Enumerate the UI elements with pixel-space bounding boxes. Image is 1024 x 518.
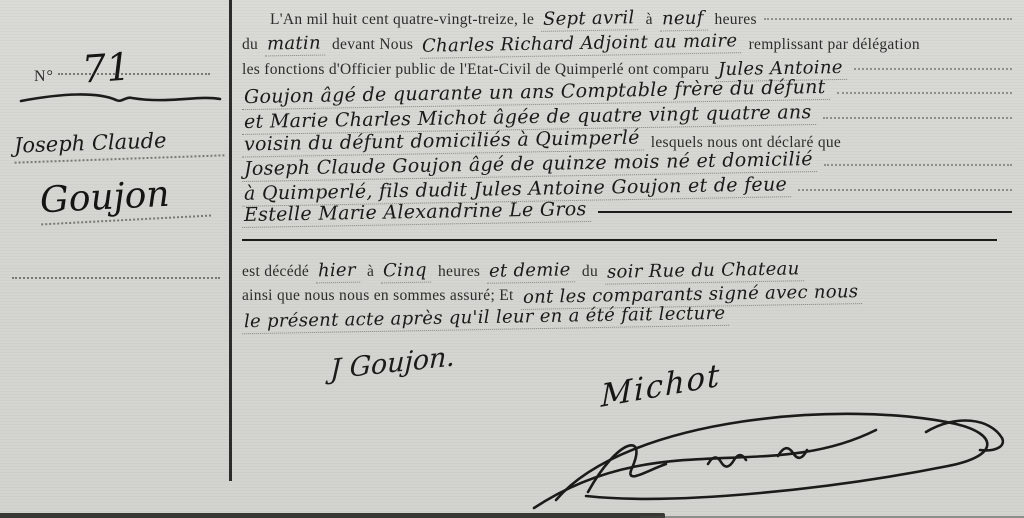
act-line-1: L'An mil huit cent quatre-vingt-treize, … (242, 8, 1012, 31)
printed-text: devant Nous (332, 36, 413, 54)
dotted-filler (837, 91, 1012, 94)
act-line-3: les fonctions d'Officier public de l'Eta… (242, 58, 1012, 81)
printed-text: remplissant par délégation (749, 36, 920, 54)
printed-text: heures (715, 11, 757, 29)
act-line-7: Joseph Claude Goujon âgé de quinze mois … (242, 153, 1012, 177)
dotted-filler (798, 188, 1012, 191)
handwritten-date: Sept avril (541, 7, 639, 32)
printed-text: ainsi que nous nous en sommes assuré; Et (242, 287, 514, 305)
printed-text: à (646, 11, 653, 29)
printed-text: du (242, 36, 258, 54)
handwritten-mother-name: Estelle Marie Alexandrine Le Gros (242, 198, 591, 228)
margin-flourish-stroke (18, 88, 223, 110)
margin-divider-rule (229, 0, 232, 481)
printed-text: à (367, 263, 374, 281)
dotted-filler (764, 17, 1012, 20)
printed-text: du (582, 263, 598, 281)
handwritten-text: et demie (487, 259, 575, 284)
act-line-2: du matin devant Nous Charles Richard Adj… (242, 33, 1012, 56)
act-line-8: à Quimperlé, fils dudit Jules Antoine Go… (242, 178, 1012, 202)
printed-text: les fonctions d'Officier public de l'Eta… (242, 61, 709, 79)
closing-rule (598, 210, 1012, 213)
deceased-name-line2: Goujon (39, 172, 211, 226)
scan-edge-shadow (0, 513, 665, 518)
handwritten-officer-name: Charles Richard Adjoint au maire (420, 30, 742, 59)
handwritten-death-hour: Cinq (381, 260, 431, 284)
handwritten-death-place: soir Rue du Chateau (605, 258, 804, 284)
handwritten-hour: neuf (660, 8, 708, 32)
death-certificate-scan: N° 71 Joseph Claude Goujon L'An mil huit… (0, 0, 1024, 518)
act-number-row: N° 71 (34, 46, 214, 90)
closing-rule-full (242, 238, 997, 241)
handwritten-death-day: hier (316, 260, 360, 284)
act-line-9: Estelle Marie Alexandrine Le Gros (242, 201, 1012, 225)
act-number-dotted-line (58, 72, 210, 75)
printed-text: heures (438, 263, 480, 281)
handwritten-text: le présent acte après qu'il leur en a ét… (242, 303, 730, 335)
printed-text: L'An mil huit cent quatre-vingt-treize, … (270, 11, 534, 29)
act-line-13: le présent acte après qu'il leur en a ét… (242, 307, 1012, 330)
act-line-4: Goujon âgé de quarante un ans Comptable … (242, 81, 1012, 105)
dotted-filler (824, 163, 1012, 166)
act-number-value: 71 (80, 44, 131, 91)
handwritten-text: matin (265, 32, 325, 56)
margin-empty-dotted-line (12, 276, 220, 279)
dotted-filler (854, 67, 1012, 70)
deceased-name-line1: Joseph Claude (14, 126, 225, 163)
act-line-11: est décédé hier à Cinq heures et demie d… (242, 260, 1012, 283)
act-margin: N° 71 Joseph Claude Goujon (0, 0, 229, 518)
dotted-filler (823, 116, 1012, 119)
act-number-label: N° (34, 68, 54, 86)
signature-richard-flourish (528, 398, 1008, 516)
printed-text: est décédé (242, 263, 309, 281)
